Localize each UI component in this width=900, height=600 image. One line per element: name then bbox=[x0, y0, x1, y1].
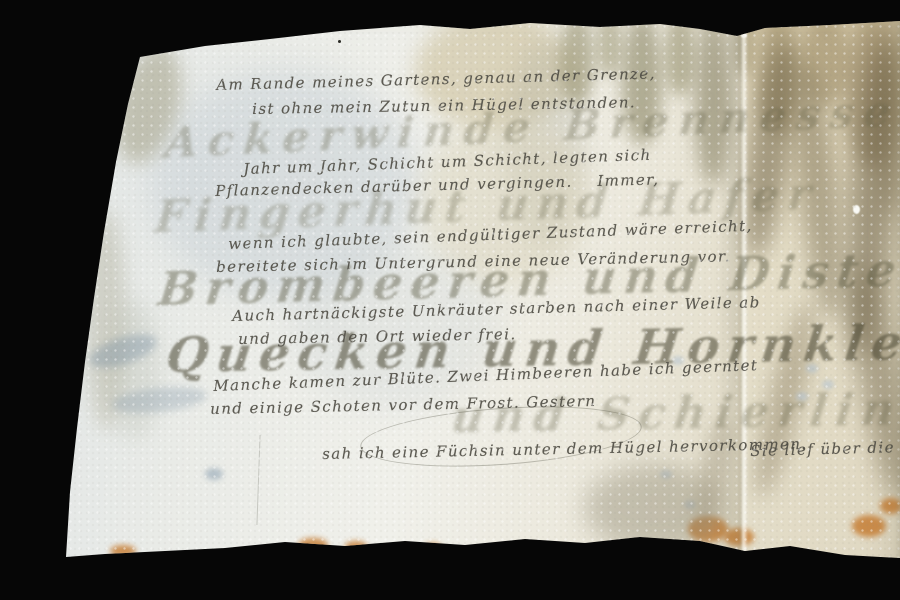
rust-stain bbox=[880, 498, 900, 514]
drip-stain bbox=[560, 16, 594, 106]
rust-stain bbox=[852, 515, 886, 537]
paper-highlight-speck bbox=[853, 205, 860, 214]
manuscript-paper: Ackerwinde Brennessel Fingerhut und Hafe… bbox=[0, 0, 900, 600]
rust-stain bbox=[345, 541, 367, 551]
edge-stain bbox=[110, 300, 160, 440]
paper-highlight-speck bbox=[741, 33, 747, 38]
pencil-line bbox=[256, 435, 260, 525]
rust-stain bbox=[298, 538, 328, 552]
ink-speck bbox=[338, 40, 341, 43]
drip-stain bbox=[665, 16, 695, 96]
photograph: Ackerwinde Brennessel Fingerhut und Hafe… bbox=[0, 0, 900, 600]
rust-stain bbox=[425, 543, 441, 551]
brush-word: und Schierling bbox=[449, 383, 900, 443]
pen-line: Sie lief über die F bbox=[750, 438, 900, 460]
rust-stain bbox=[110, 545, 136, 557]
blue-smudge bbox=[205, 468, 223, 480]
